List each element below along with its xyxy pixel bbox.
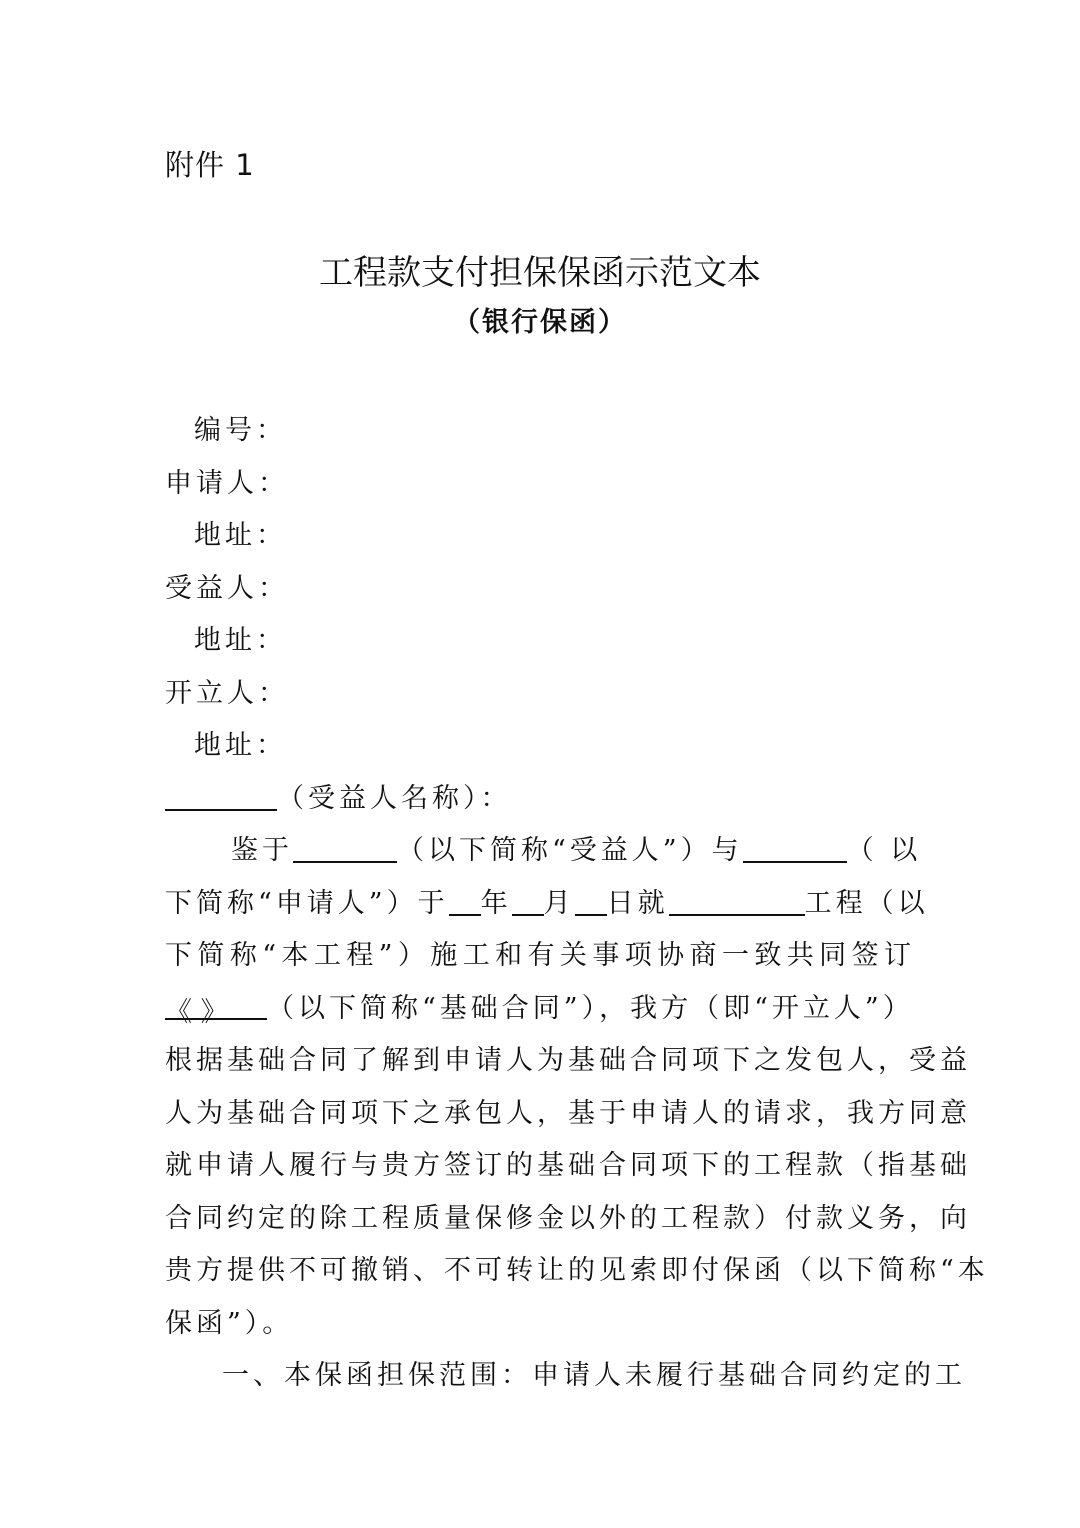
document-subtitle: （银行保函）: [0, 300, 1080, 339]
field-beneficiary-address-label: 地址：: [194, 618, 287, 657]
month-blank[interactable]: [512, 886, 544, 916]
body-text: 工程（以: [805, 888, 929, 919]
day-blank[interactable]: [575, 886, 607, 916]
body-text: 月: [544, 888, 575, 919]
body-text: （以下简称“受益人”）与: [397, 835, 743, 866]
body-line-4: 《 》（以下简称“基础合同”），我方（即“开立人”）: [165, 986, 915, 1025]
field-issuer-address-label: 地址：: [194, 723, 287, 762]
attachment-label: 附件 1: [165, 143, 255, 184]
section-one-line: 一、本保函担保范围：申请人未履行基础合同约定的工: [222, 1353, 915, 1392]
body-text: （ 以: [847, 835, 922, 866]
applicant-blank[interactable]: [743, 833, 847, 863]
body-line-8: 合同约定的除工程质量保修金以外的工程款）付款义务，向: [165, 1196, 915, 1235]
beneficiary-name-blank[interactable]: [165, 781, 277, 811]
field-applicant-address-label: 地址：: [194, 513, 287, 552]
salutation-line: （受益人名称）：: [165, 776, 915, 815]
body-line-9: 贵方提供不可撤销、不可转让的见索即付保函（以下简称“本: [165, 1248, 915, 1287]
body-line-2: 下简称“申请人”）于年月日就工程（以: [165, 881, 915, 920]
field-beneficiary-label: 受益人：: [165, 566, 289, 605]
project-blank[interactable]: [669, 886, 805, 916]
body-text: 年: [481, 888, 512, 919]
document-title: 工程款支付担保保函示范文本: [0, 245, 1080, 294]
body-text: 鉴于: [231, 835, 293, 866]
body-line-3: 下简称“本工程”）施工和有关事项协商一致共同签订: [165, 933, 915, 972]
salutation-suffix: （受益人名称）：: [277, 783, 512, 814]
body-text: 日就: [607, 888, 669, 919]
year-blank[interactable]: [449, 886, 481, 916]
beneficiary-blank[interactable]: [293, 833, 397, 863]
body-line-5: 根据基础合同了解到申请人为基础合同项下之发包人，受益: [165, 1038, 915, 1077]
body-line-10: 保函”）。: [165, 1301, 915, 1340]
body-line-1: 鉴于（以下简称“受益人”）与（ 以: [165, 828, 915, 867]
contract-name-blank[interactable]: 《 》: [165, 990, 267, 1020]
field-issuer-label: 开立人：: [165, 671, 289, 710]
body-line-6: 人为基础合同项下之承包人，基于申请人的请求，我方同意: [165, 1091, 915, 1130]
body-line-7: 就申请人履行与贵方签订的基础合同项下的工程款（指基础: [165, 1143, 915, 1182]
field-applicant-label: 申请人：: [165, 461, 289, 500]
body-text: （以下简称“基础合同”），我方（即“开立人”）: [267, 993, 914, 1024]
field-number-label: 编号：: [194, 408, 287, 447]
body-text: 下简称“申请人”）于: [165, 888, 449, 919]
